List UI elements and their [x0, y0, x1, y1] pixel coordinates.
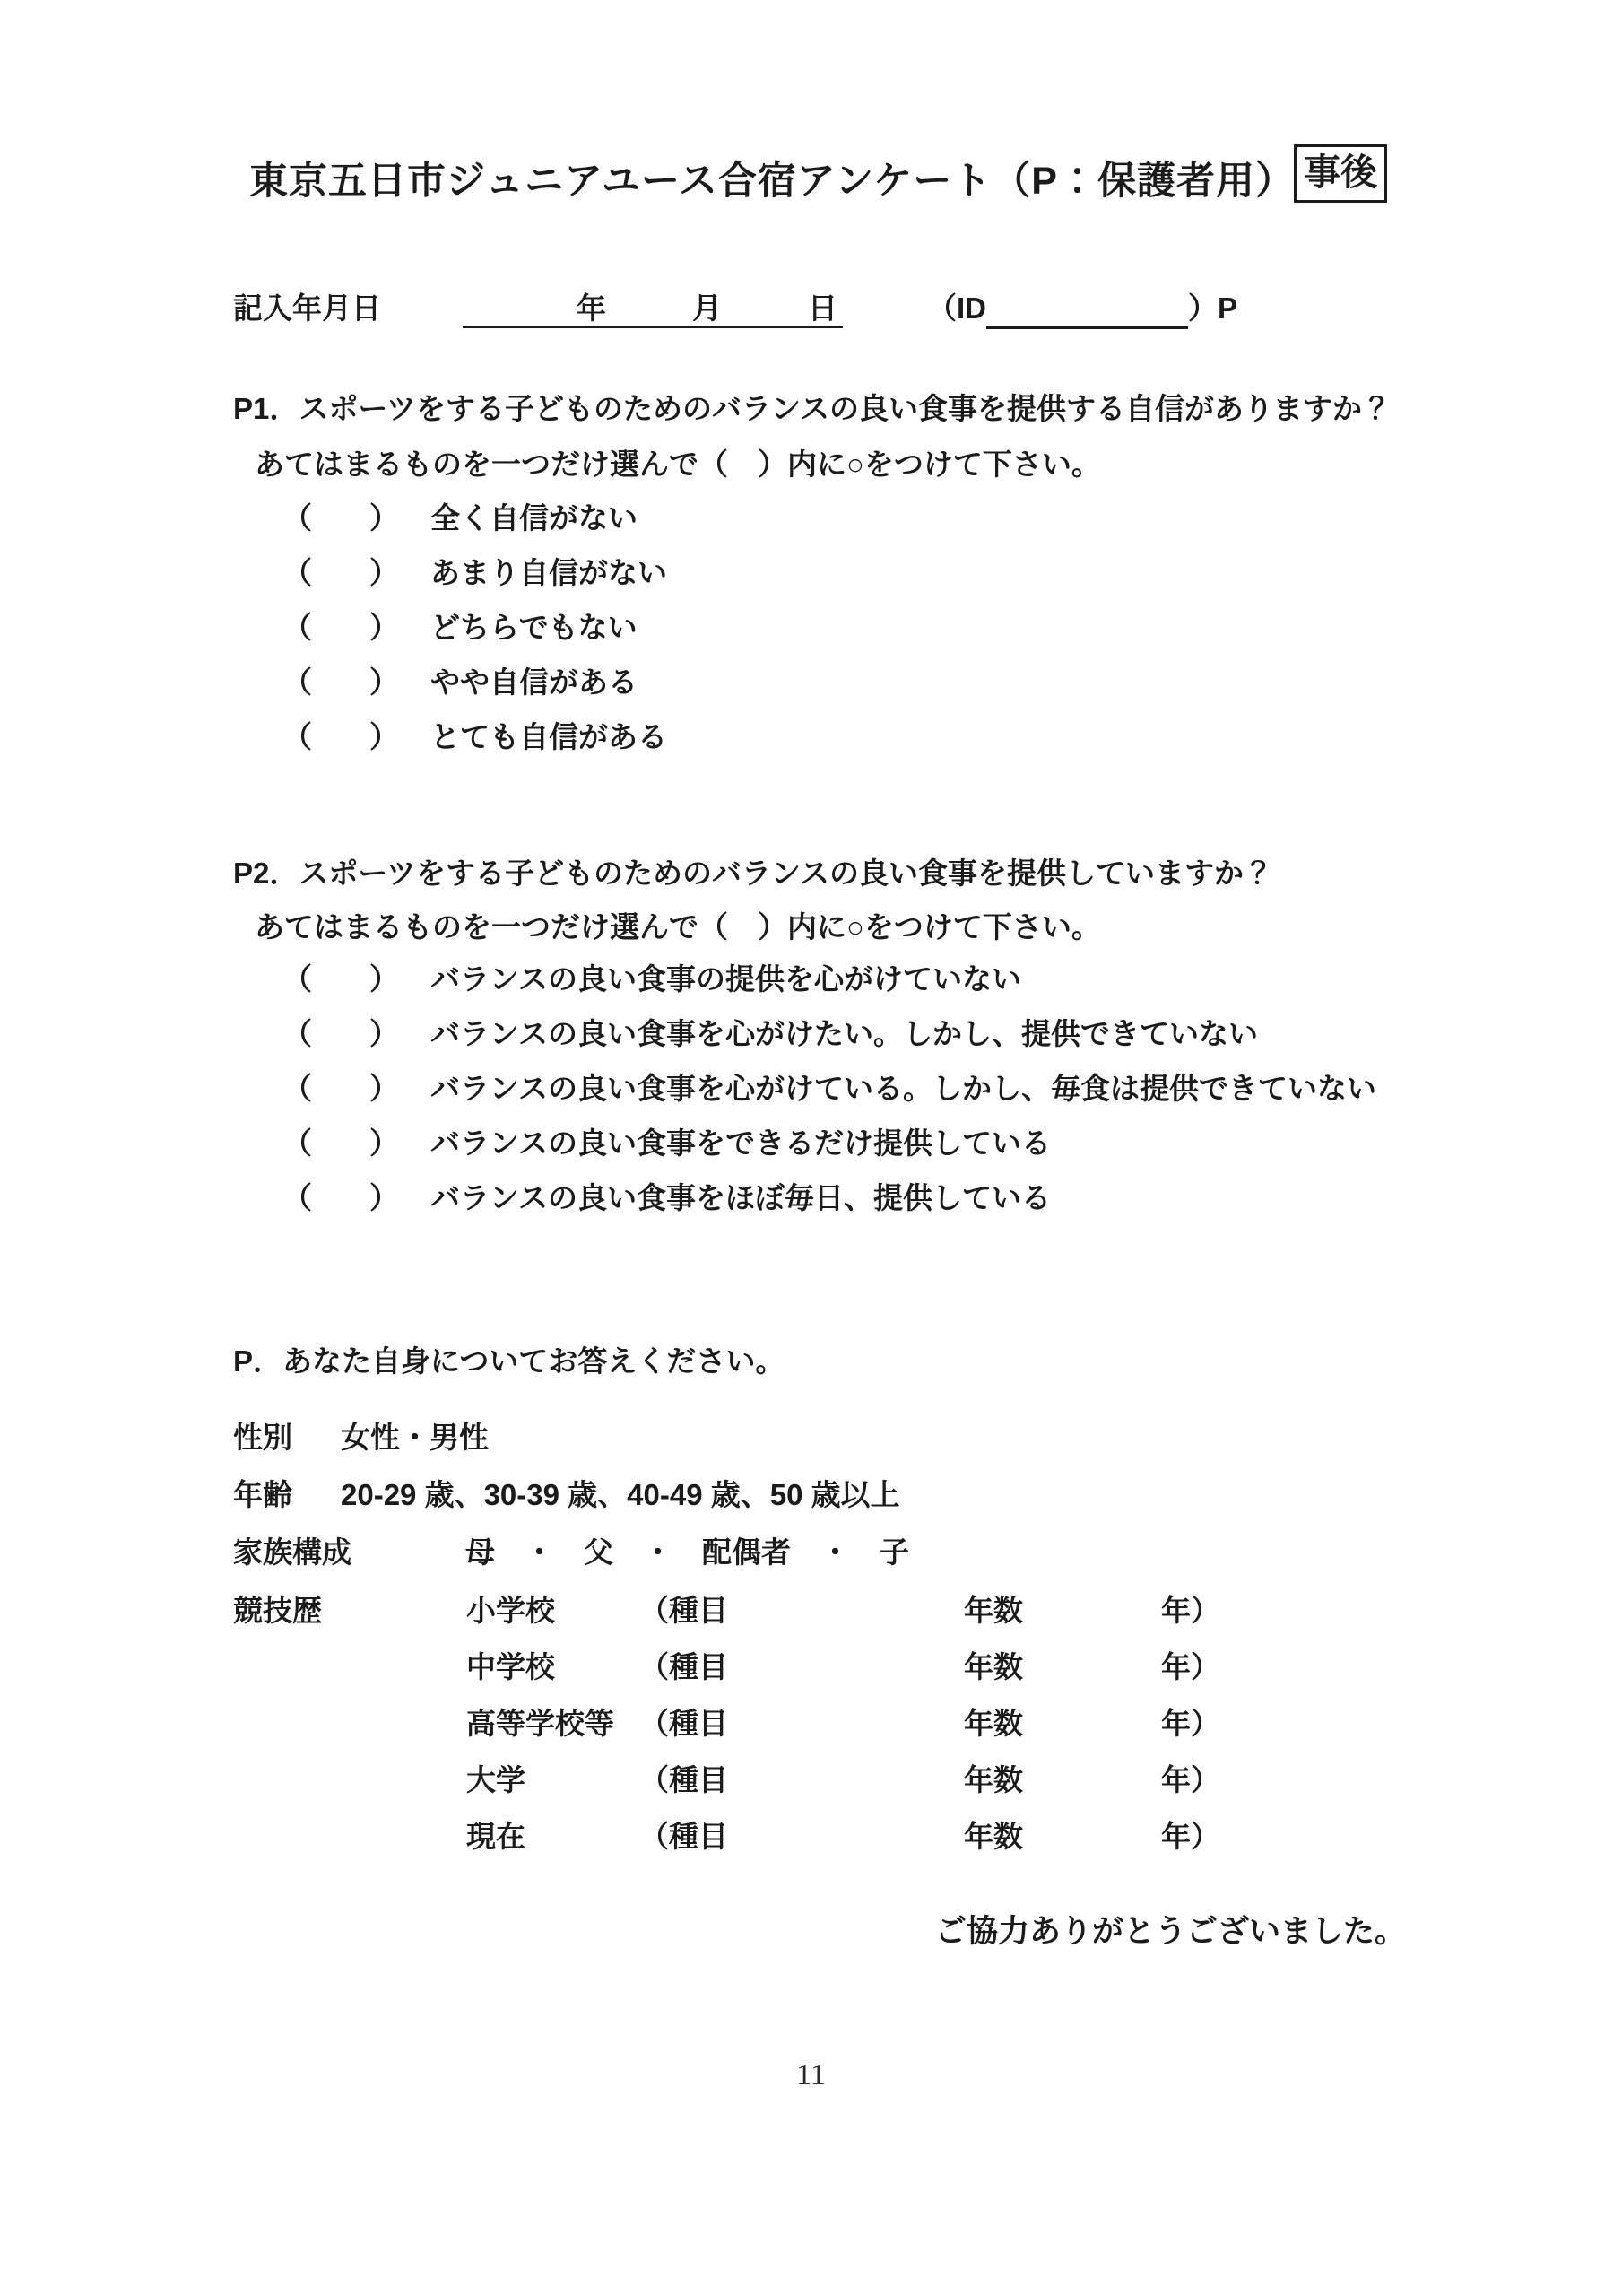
q1-option-row: （） 全く自信がない: [282, 495, 667, 550]
history-item-prefix: （種目: [639, 1700, 964, 1757]
id-suffix: ）P: [1188, 285, 1237, 327]
q2-option-row: （） バランスの良い食事の提供を心がけていない: [282, 956, 1376, 1011]
answer-parentheses: （）: [282, 495, 399, 537]
history-years-suffix: 年）: [1161, 1700, 1220, 1757]
history-stage: 小学校: [466, 1587, 639, 1644]
answer-parentheses: （）: [282, 659, 399, 701]
history-years-label: 年数: [964, 1587, 1161, 1644]
q1-options: （） 全く自信がない （） あまり自信がない （） どちらでもない （） やや自…: [282, 495, 667, 769]
history-item-prefix: （種目: [639, 1757, 964, 1813]
paren-open: （: [282, 1120, 312, 1162]
q1-option-row: （） とても自信がある: [282, 714, 667, 769]
option-label: バランスの良い食事の提供を心がけていない: [430, 956, 1021, 998]
history-stage: 高等学校等: [466, 1700, 639, 1757]
q1-option-row: （） どちらでもない: [282, 604, 667, 659]
history-years-label: 年数: [964, 1757, 1161, 1813]
history-row-indent: [233, 1757, 466, 1813]
paren-close: ）: [369, 604, 399, 647]
history-years-suffix: 年）: [1161, 1813, 1220, 1870]
q2-option-row: （） バランスの良い食事をできるだけ提供している: [282, 1120, 1376, 1175]
paren-close: ）: [369, 1175, 399, 1217]
option-label: バランスの良い食事を心がけたい。しかし、提供できていない: [430, 1011, 1258, 1053]
q2-options: （） バランスの良い食事の提供を心がけていない （） バランスの良い食事を心がけ…: [282, 956, 1376, 1230]
q2-instruction: あてはまるものを一つだけ選んで（ ）内に○をつけて下さい。: [255, 904, 1101, 946]
paren-open: （: [282, 1175, 312, 1217]
history-row-indent: [233, 1813, 466, 1870]
answer-parentheses: （）: [282, 1120, 399, 1162]
q2-option-row: （） バランスの良い食事をほぼ毎日、提供している: [282, 1175, 1376, 1230]
paren-close: ）: [369, 659, 399, 701]
paren-close: ）: [369, 550, 399, 592]
history-stage: 現在: [466, 1813, 639, 1870]
history-stage: 大学: [466, 1757, 639, 1813]
family-structure-label: 家族構成: [233, 1529, 351, 1571]
option-label: バランスの良い食事を心がけている。しかし、毎食は提供できていない: [430, 1065, 1376, 1108]
history-item-prefix: （種目: [639, 1587, 964, 1644]
option-label: どちらでもない: [430, 604, 638, 647]
gender-options: 女性・男性: [341, 1414, 489, 1457]
paren-open: （: [282, 495, 312, 537]
option-label: バランスの良い食事をほぼ毎日、提供している: [430, 1175, 1051, 1217]
competition-history-table: 競技歴 小学校 （種目 年数 年） 中学校 （種目 年数 年） 高等学校等 （種…: [233, 1587, 1220, 1870]
history-label: 競技歴: [233, 1587, 466, 1644]
history-years-suffix: 年）: [1161, 1757, 1220, 1813]
history-years-suffix: 年）: [1161, 1644, 1220, 1700]
page-title: 東京五日市ジュニアユース合宿アンケート（P：保護者用）: [249, 151, 1295, 205]
history-years-label: 年数: [964, 1813, 1161, 1870]
paren-open: （: [282, 714, 312, 756]
id-field: （ID ）P: [927, 285, 1237, 329]
id-underline: [986, 285, 1188, 329]
q2-option-row: （） バランスの良い食事を心がけている。しかし、毎食は提供できていない: [282, 1065, 1376, 1120]
history-row: 競技歴 小学校 （種目 年数 年）: [233, 1587, 1220, 1644]
q1-option-row: （） あまり自信がない: [282, 550, 667, 604]
history-row-indent: [233, 1644, 466, 1700]
paren-open: （: [282, 1065, 312, 1108]
q1-option-row: （） やや自信がある: [282, 659, 667, 714]
history-years-label: 年数: [964, 1700, 1161, 1757]
phase-badge: 事後: [1294, 144, 1387, 203]
year-label: 年: [577, 285, 606, 326]
thanks-message: ご協力ありがとうございました。: [935, 1907, 1406, 1952]
history-item-prefix: （種目: [639, 1644, 964, 1700]
q2-heading: P2．スポーツをする子どものためのバランスの良い食事を提供していますか？: [233, 850, 1273, 892]
history-row: 大学 （種目 年数 年）: [233, 1757, 1220, 1813]
paren-open: （: [282, 604, 312, 647]
family-structure-options: 母 ・ 父 ・ 配偶者 ・ 子: [465, 1529, 909, 1571]
paren-close: ）: [369, 714, 399, 756]
day-label: 日: [808, 285, 837, 326]
paren-open: （: [282, 550, 312, 592]
history-item-prefix: （種目: [639, 1813, 964, 1870]
answer-parentheses: （）: [282, 1175, 399, 1217]
age-options: 20-29 歳、30-39 歳、40-49 歳、50 歳以上: [341, 1472, 900, 1514]
history-stage: 中学校: [466, 1644, 639, 1700]
q2-option-row: （） バランスの良い食事を心がけたい。しかし、提供できていない: [282, 1011, 1376, 1065]
paren-open: （: [282, 956, 312, 998]
paren-close: ）: [369, 956, 399, 998]
history-row: 現在 （種目 年数 年）: [233, 1813, 1220, 1870]
history-row: 高等学校等 （種目 年数 年）: [233, 1700, 1220, 1757]
month-label: 月: [692, 285, 722, 326]
paren-close: ）: [369, 495, 399, 537]
history-row-indent: [233, 1700, 466, 1757]
history-years-suffix: 年）: [1161, 1587, 1220, 1644]
paren-open: （: [282, 1011, 312, 1053]
id-prefix: （ID: [927, 285, 986, 327]
q1-heading: P1．スポーツをする子どものためのバランスの良い食事を提供する自信がありますか？: [233, 386, 1392, 428]
paren-close: ）: [369, 1065, 399, 1108]
q1-instruction: あてはまるものを一つだけ選んで（ ）内に○をつけて下さい。: [255, 441, 1101, 483]
option-label: やや自信がある: [430, 659, 638, 701]
history-row: 中学校 （種目 年数 年）: [233, 1644, 1220, 1700]
profile-heading: P．あなた自身についてお答えください。: [233, 1338, 785, 1380]
paren-close: ）: [369, 1011, 399, 1053]
questionnaire-page: 東京五日市ジュニアユース合宿アンケート（P：保護者用） 事後 記入年月日 年 月…: [0, 0, 1622, 2296]
option-label: バランスの良い食事をできるだけ提供している: [430, 1120, 1051, 1162]
answer-parentheses: （）: [282, 604, 399, 647]
history-years-label: 年数: [964, 1644, 1161, 1700]
answer-parentheses: （）: [282, 1065, 399, 1108]
paren-close: ）: [369, 1120, 399, 1162]
gender-label: 性別: [233, 1414, 292, 1457]
option-label: 全く自信がない: [430, 495, 638, 537]
option-label: あまり自信がない: [430, 550, 667, 592]
page-number: 11: [0, 2058, 1622, 2092]
age-label: 年齢: [233, 1472, 292, 1514]
answer-parentheses: （）: [282, 550, 399, 592]
paren-open: （: [282, 659, 312, 701]
date-entry-label: 記入年月日: [233, 285, 381, 327]
answer-parentheses: （）: [282, 714, 399, 756]
date-underline-field: 年 月 日: [463, 285, 843, 328]
answer-parentheses: （）: [282, 956, 399, 998]
answer-parentheses: （）: [282, 1011, 399, 1053]
option-label: とても自信がある: [430, 714, 667, 756]
